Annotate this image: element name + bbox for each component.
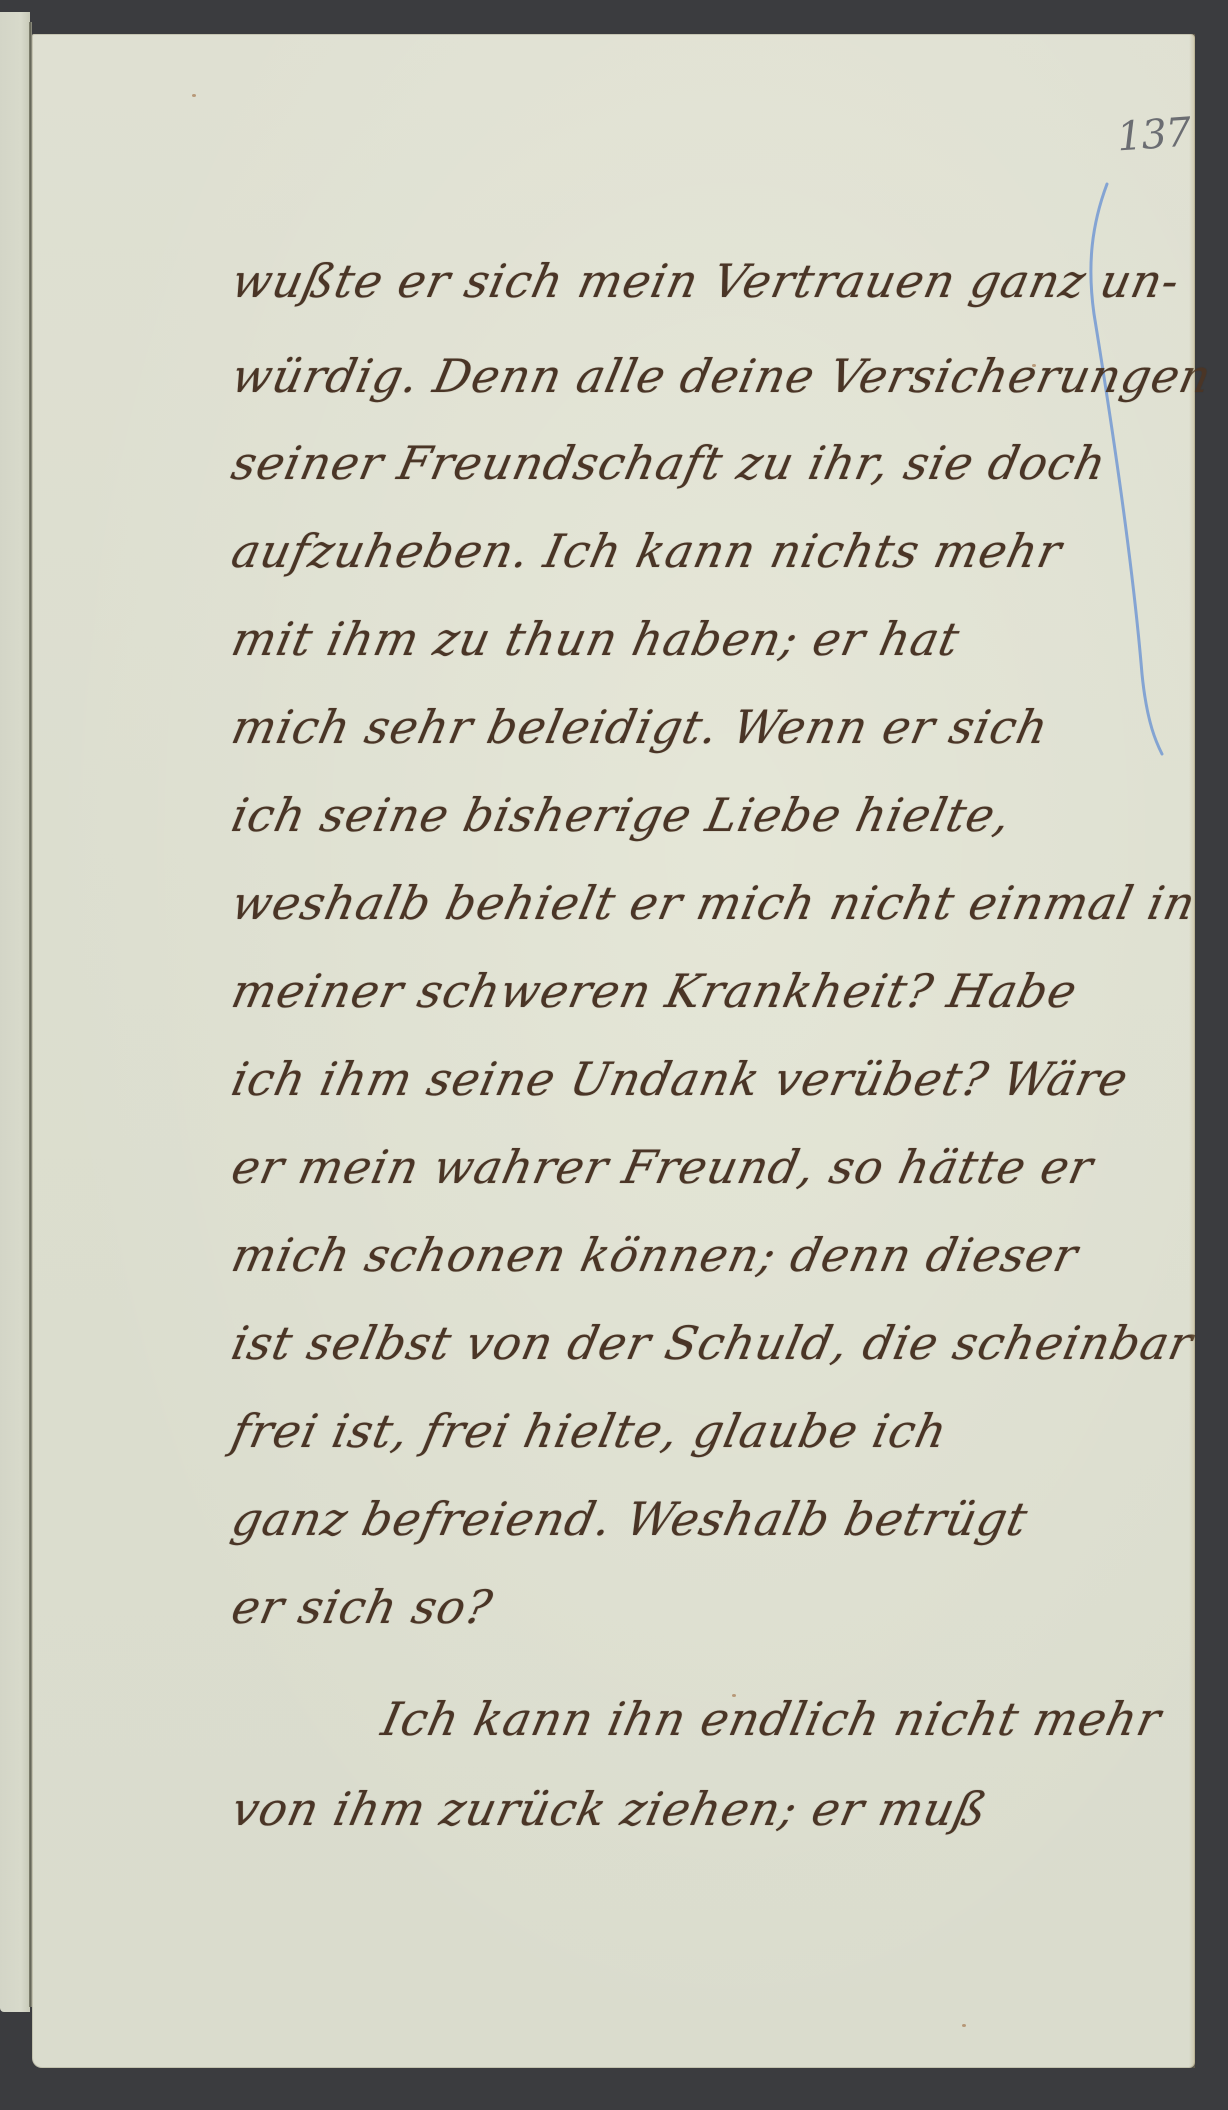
text-line: mich sehr beleidigt. Wenn er sich <box>227 700 1054 754</box>
paper-speck <box>192 94 196 97</box>
text-line: mich schonen können; denn dieser <box>227 1228 1083 1282</box>
text-line: ich ihm seine Undank verübet? Wäre <box>227 1052 1133 1106</box>
text-line-paragraph-start: Ich kann ihn endlich nicht mehr <box>377 1692 1166 1746</box>
text-line: weshalb behielt er mich nicht einmal in <box>227 876 1201 930</box>
text-line: von ihm zurück ziehen; er muß <box>227 1782 992 1836</box>
text-line: aufzuheben. Ich kann nichts mehr <box>227 524 1067 578</box>
previous-page-edge <box>0 12 30 2012</box>
text-line: ich seine bisherige Liebe hielte, <box>227 788 1016 842</box>
text-line: er mein wahrer Freund, so hätte er <box>227 1140 1098 1194</box>
paper-speck <box>962 2024 966 2027</box>
manuscript-page: 137 wußte er sich mein Vertrauen ganz un… <box>32 34 1195 2068</box>
text-line: seiner Freundschaft zu ihr, sie doch <box>227 436 1112 490</box>
text-line: würdig. Denn alle deine Versicherungen <box>227 349 1217 403</box>
text-line: frei ist, frei hielte, glaube ich <box>227 1404 952 1458</box>
manuscript-scan: 137 wußte er sich mein Vertrauen ganz un… <box>0 0 1228 2110</box>
folio-number: 137 <box>1115 109 1191 160</box>
text-line: mit ihm zu thun haben; er hat <box>227 612 965 666</box>
text-line: ist selbst von der Schuld, die scheinbar <box>227 1316 1198 1370</box>
text-line: ganz befreiend. Weshalb betrügt <box>227 1492 1033 1546</box>
text-line: wußte er sich mein Vertrauen ganz un- <box>227 254 1185 308</box>
text-line: er sich so? <box>227 1580 498 1634</box>
text-line: meiner schweren Krankheit? Habe <box>227 964 1082 1018</box>
